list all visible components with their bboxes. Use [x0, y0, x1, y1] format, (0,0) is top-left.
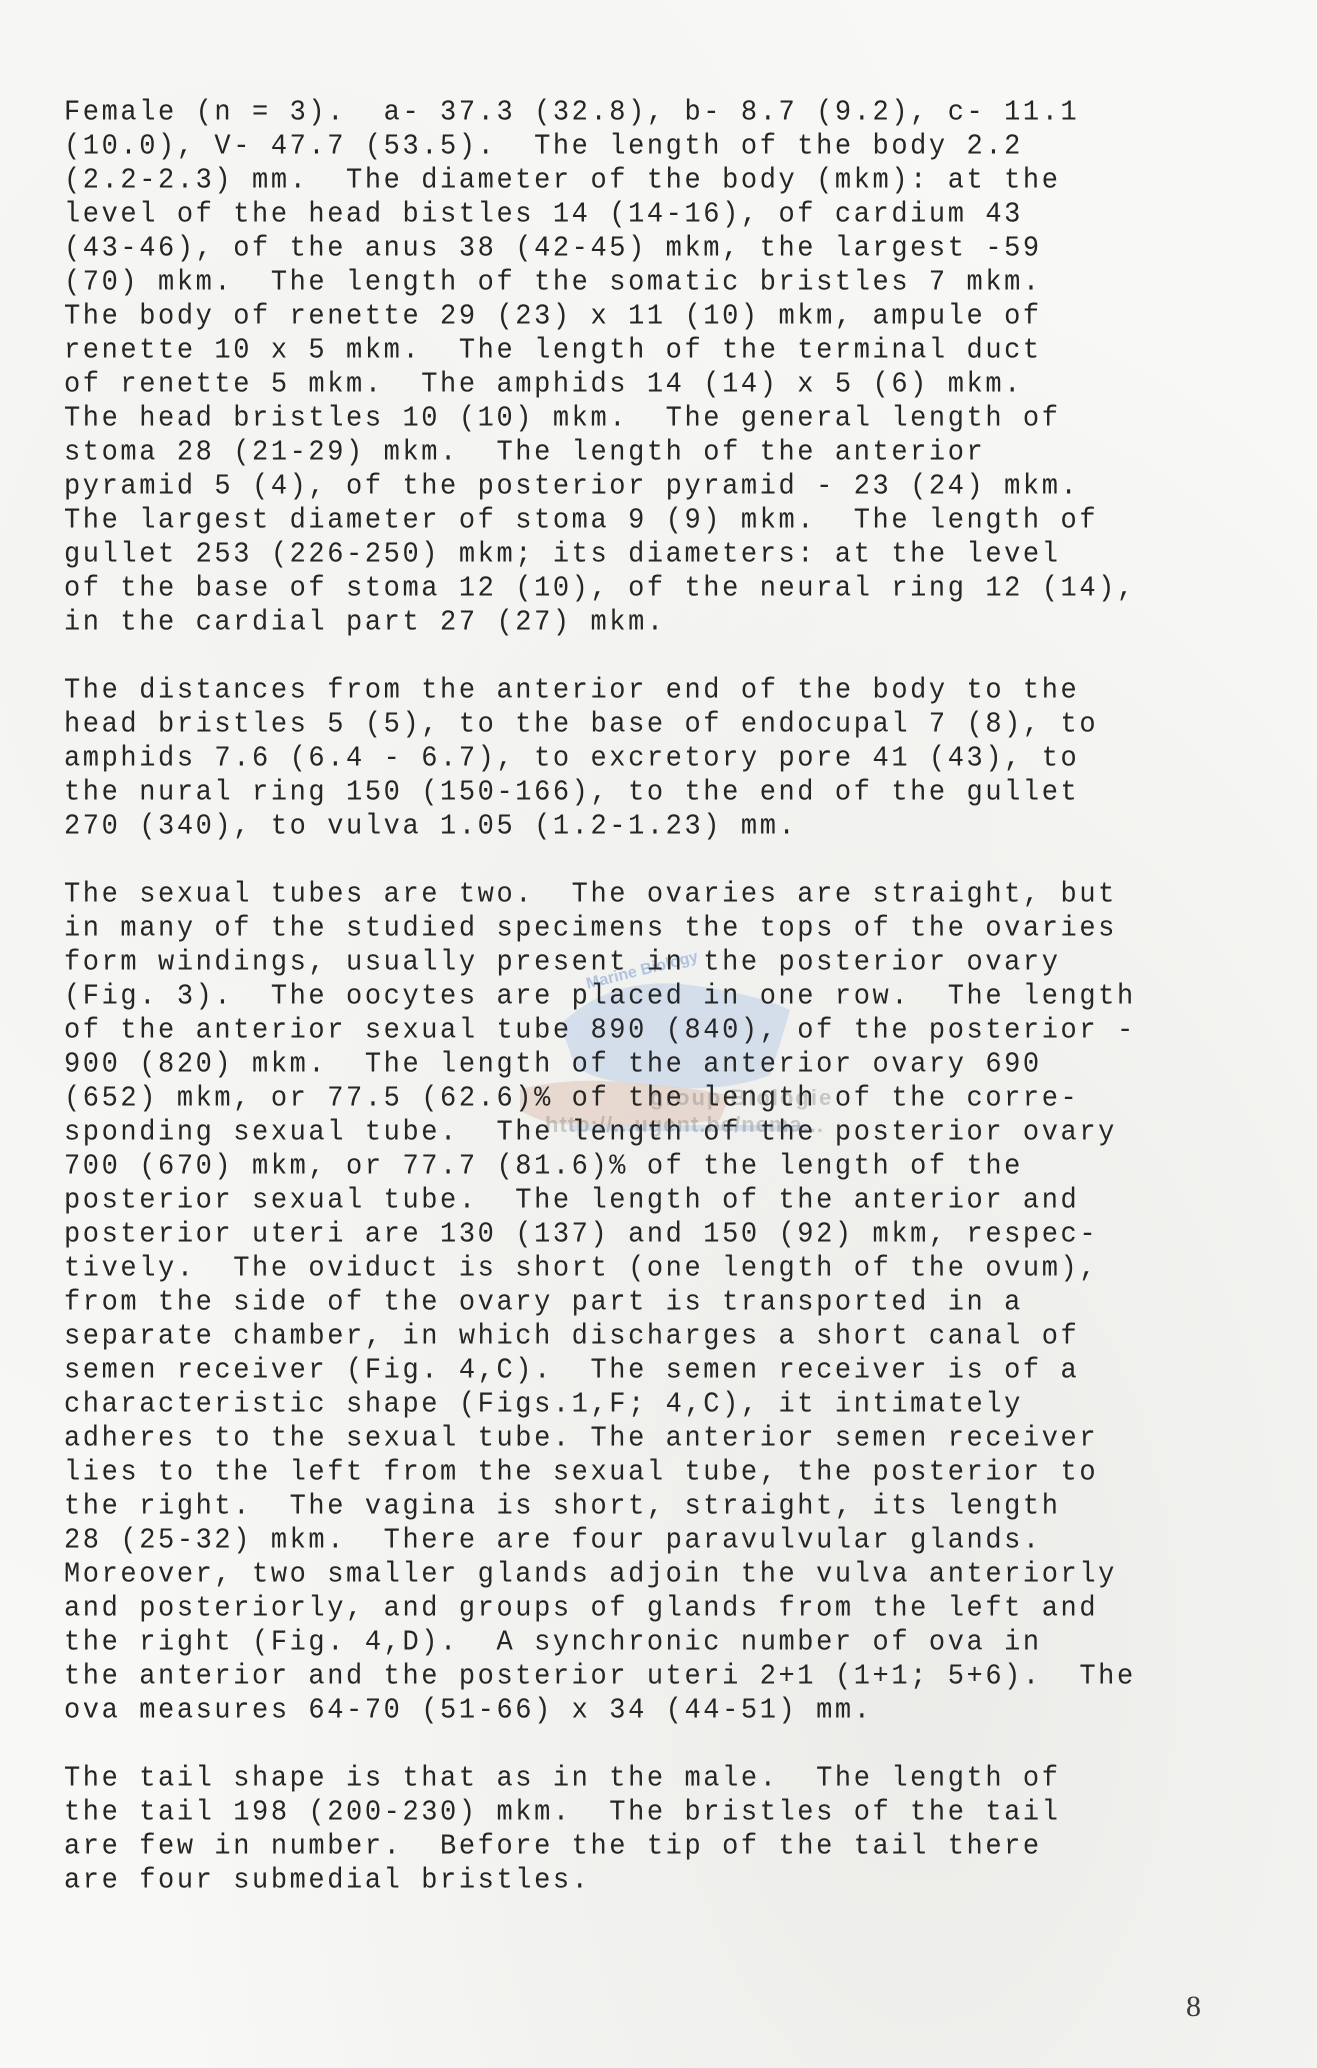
- text-line: adheres to the sexual tube. The anterior…: [64, 1421, 1244, 1457]
- text-line: 900 (820) mkm. The length of the anterio…: [64, 1047, 1244, 1083]
- text-line: are few in number. Before the tip of the…: [64, 1829, 1244, 1865]
- paragraph: The distances from the anterior end of t…: [64, 674, 1244, 844]
- text-line: 270 (340), to vulva 1.05 (1.2-1.23) mm.: [64, 809, 1244, 845]
- text-line: The body of renette 29 (23) x 11 (10) mk…: [64, 299, 1244, 335]
- text-line: of the anterior sexual tube 890 (840), o…: [64, 1013, 1244, 1049]
- text-line: in the cardial part 27 (27) mkm.: [64, 605, 1244, 641]
- text-line: and posteriorly, and groups of glands fr…: [64, 1591, 1244, 1627]
- text-line: tively. The oviduct is short (one length…: [64, 1251, 1244, 1287]
- text-line: pyramid 5 (4), of the posterior pyramid …: [64, 469, 1244, 505]
- document-body: Female (n = 3). a- 37.3 (32.8), b- 8.7 (…: [64, 96, 1244, 1932]
- text-line: The distances from the anterior end of t…: [64, 673, 1244, 709]
- text-line: The tail shape is that as in the male. T…: [64, 1761, 1244, 1797]
- text-line: The sexual tubes are two. The ovaries ar…: [64, 877, 1244, 913]
- text-line: amphids 7.6 (6.4 - 6.7), to excretory po…: [64, 741, 1244, 777]
- text-line: in many of the studied specimens the top…: [64, 911, 1244, 947]
- text-line: of renette 5 mkm. The amphids 14 (14) x …: [64, 367, 1244, 403]
- text-line: posterior uteri are 130 (137) and 150 (9…: [64, 1217, 1244, 1253]
- text-line: gullet 253 (226-250) mkm; its diameters:…: [64, 537, 1244, 573]
- text-line: Female (n = 3). a- 37.3 (32.8), b- 8.7 (…: [64, 95, 1244, 131]
- page-number: 8: [1186, 1990, 1201, 2024]
- text-line: semen receiver (Fig. 4,C). The semen rec…: [64, 1353, 1244, 1389]
- text-line: the tail 198 (200-230) mkm. The bristles…: [64, 1795, 1244, 1831]
- document-page: Marine Biology group Biologie http://...…: [0, 0, 1317, 2068]
- text-line: from the side of the ovary part is trans…: [64, 1285, 1244, 1321]
- text-line: head bristles 5 (5), to the base of endo…: [64, 707, 1244, 743]
- text-line: posterior sexual tube. The length of the…: [64, 1183, 1244, 1219]
- text-line: the right (Fig. 4,D). A synchronic numbe…: [64, 1625, 1244, 1661]
- paragraph: The sexual tubes are two. The ovaries ar…: [64, 878, 1244, 1728]
- text-line: level of the head bistles 14 (14-16), of…: [64, 197, 1244, 233]
- text-line: sponding sexual tube. The length of the …: [64, 1115, 1244, 1151]
- text-line: the anterior and the posterior uteri 2+1…: [64, 1659, 1244, 1695]
- text-line: form windings, usually present in the po…: [64, 945, 1244, 981]
- paragraph: The tail shape is that as in the male. T…: [64, 1762, 1244, 1898]
- text-line: (Fig. 3). The oocytes are placed in one …: [64, 979, 1244, 1015]
- text-line: The largest diameter of stoma 9 (9) mkm.…: [64, 503, 1244, 539]
- text-line: are four submedial bristles.: [64, 1863, 1244, 1899]
- text-line: (10.0), V- 47.7 (53.5). The length of th…: [64, 129, 1244, 165]
- paragraph: Female (n = 3). a- 37.3 (32.8), b- 8.7 (…: [64, 96, 1244, 640]
- text-line: (652) mkm, or 77.5 (62.6)% of the length…: [64, 1081, 1244, 1117]
- text-line: separate chamber, in which discharges a …: [64, 1319, 1244, 1355]
- text-line: The head bristles 10 (10) mkm. The gener…: [64, 401, 1244, 437]
- text-line: (70) mkm. The length of the somatic bris…: [64, 265, 1244, 301]
- text-line: stoma 28 (21-29) mkm. The length of the …: [64, 435, 1244, 471]
- text-line: (43-46), of the anus 38 (42-45) mkm, the…: [64, 231, 1244, 267]
- text-line: ova measures 64-70 (51-66) x 34 (44-51) …: [64, 1693, 1244, 1729]
- text-line: (2.2-2.3) mm. The diameter of the body (…: [64, 163, 1244, 199]
- text-line: the nural ring 150 (150-166), to the end…: [64, 775, 1244, 811]
- text-line: lies to the left from the sexual tube, t…: [64, 1455, 1244, 1491]
- text-line: of the base of stoma 12 (10), of the neu…: [64, 571, 1244, 607]
- text-line: 700 (670) mkm, or 77.7 (81.6)% of the le…: [64, 1149, 1244, 1185]
- text-line: renette 10 x 5 mkm. The length of the te…: [64, 333, 1244, 369]
- text-line: the right. The vagina is short, straight…: [64, 1489, 1244, 1525]
- text-line: 28 (25-32) mkm. There are four paravulvu…: [64, 1523, 1244, 1559]
- text-line: characteristic shape (Figs.1,F; 4,C), it…: [64, 1387, 1244, 1423]
- text-line: Moreover, two smaller glands adjoin the …: [64, 1557, 1244, 1593]
